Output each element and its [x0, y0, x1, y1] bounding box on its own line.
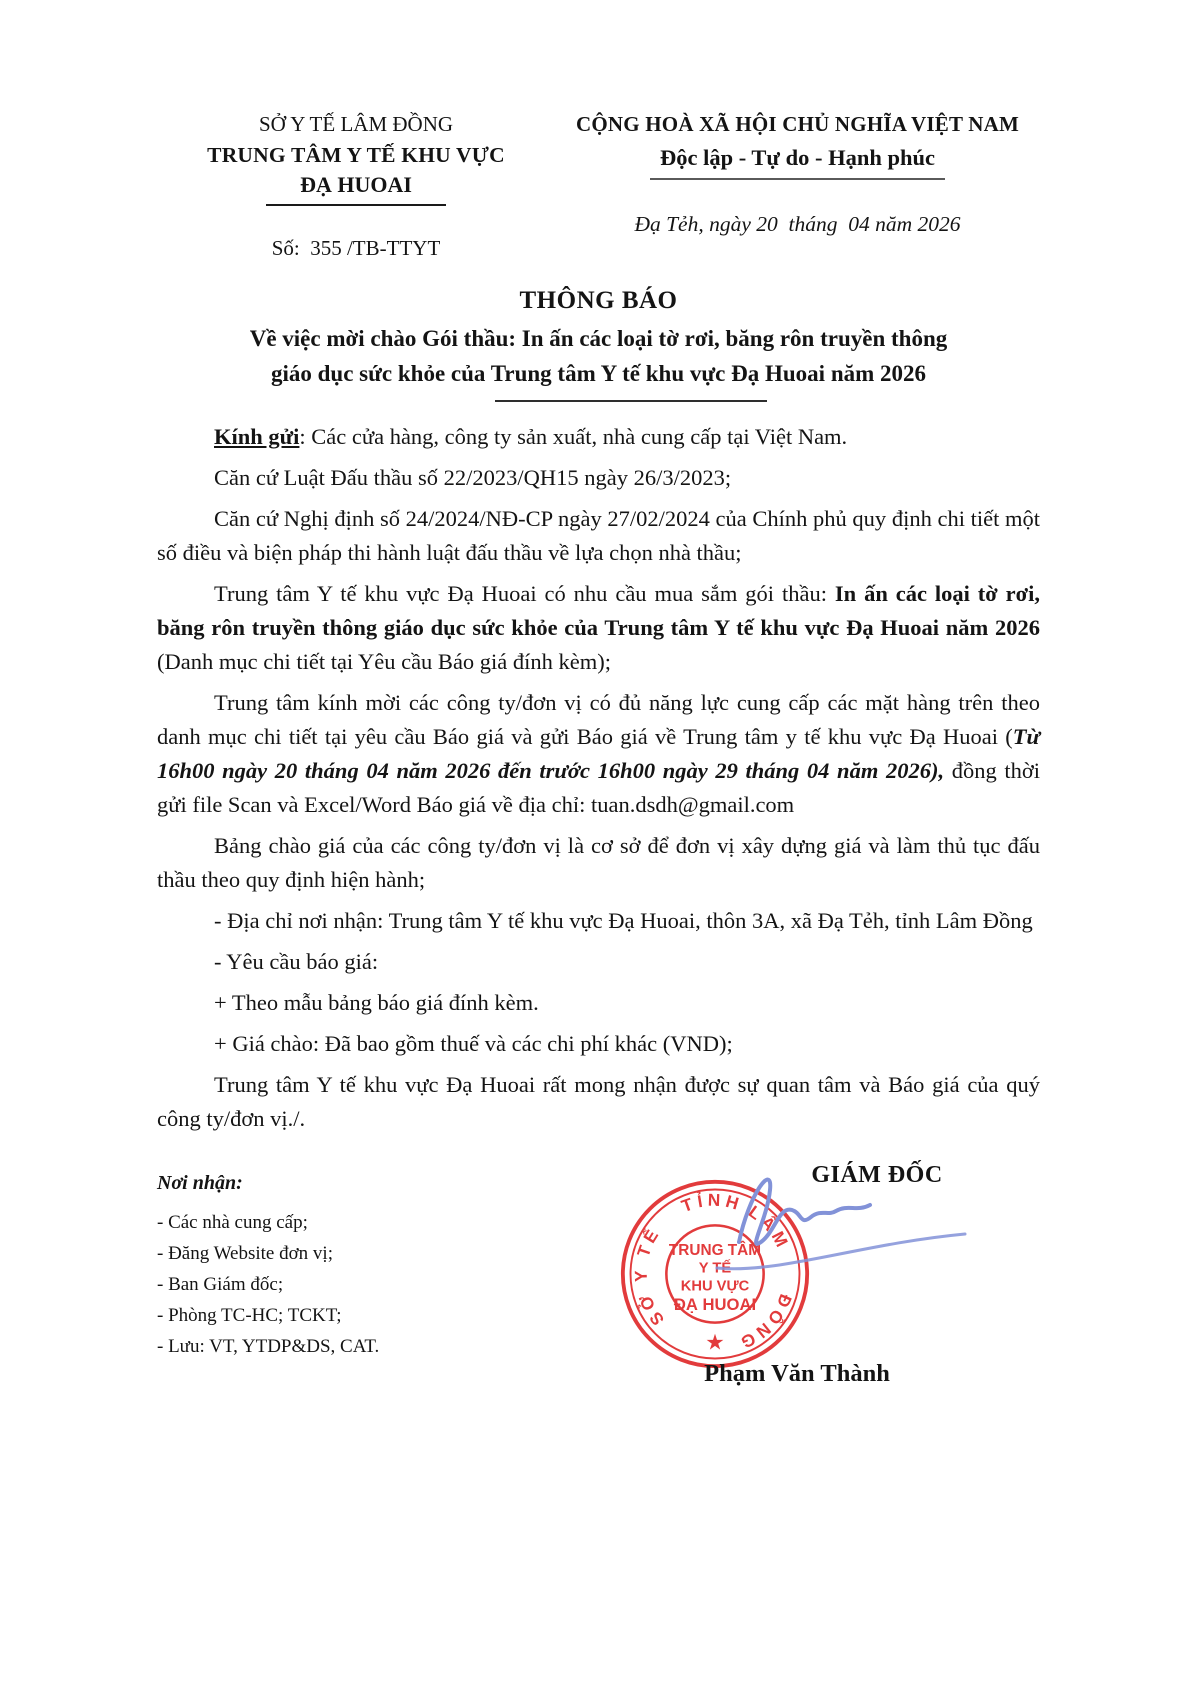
title-block: THÔNG BÁO Về việc mời chào Gói thầu: In … [157, 287, 1040, 402]
document-subject-line1: Về việc mời chào Gói thầu: In ấn các loạ… [157, 321, 1040, 356]
recipient-item: - Ban Giám đốc; [157, 1269, 379, 1300]
paragraph-invitation: Trung tâm kính mời các công ty/đơn vị có… [157, 686, 1040, 822]
signer-name: Phạm Văn Thành [587, 1360, 1007, 1388]
document-header: SỞ Y TẾ LÂM ĐỒNG TRUNG TÂM Y TẾ KHU VỰC … [157, 112, 1040, 261]
document-subject-line2: giáo dục sức khỏe của Trung tâm Y tế khu… [157, 356, 1040, 391]
agency-name-line1: TRUNG TÂM Y TẾ KHU VỰC [157, 143, 555, 168]
national-header-block: CỘNG HOÀ XÃ HỘI CHỦ NGHĨA VIỆT NAM Độc l… [555, 112, 1040, 261]
salutation-text: : Các cửa hàng, công ty sản xuất, nhà cu… [299, 424, 847, 449]
salutation-paragraph: Kính gửi: Các cửa hàng, công ty sản xuất… [157, 420, 1040, 454]
document-number: Số: 355 /TB-TTYT [157, 236, 555, 261]
paragraph-closing: Trung tâm Y tế khu vực Đạ Huoai rất mong… [157, 1068, 1040, 1136]
demand-text-normal: Trung tâm Y tế khu vực Đạ Huoai có nhu c… [214, 581, 835, 606]
paragraph-decree-basis: Căn cứ Nghị định số 24/2024/NĐ-CP ngày 2… [157, 502, 1040, 570]
seal-star-icon: ★ [705, 1330, 725, 1355]
place-date-line: Đạ Tẻh, ngày 20 tháng 04 năm 2026 [555, 212, 1040, 237]
recipients-label: Nơi nhận: [157, 1168, 379, 1199]
svg-text:SỞ Y TẾ: SỞ Y TẾ [631, 1223, 668, 1329]
issuing-agency-block: SỞ Y TẾ LÂM ĐỒNG TRUNG TÂM Y TẾ KHU VỰC … [157, 112, 555, 261]
seal-ring-text-left: SỞ Y TẾ [631, 1223, 668, 1329]
paragraph-law-basis: Căn cứ Luật Đấu thầu số 22/2023/QH15 ngà… [157, 461, 1040, 495]
paragraph-quote-price: + Giá chào: Đã bao gồm thuế và các chi p… [157, 1027, 1040, 1061]
agency-name-line2-wrap: ĐẠ HUOAI [157, 172, 555, 206]
title-underline-rule [495, 400, 767, 402]
recipient-item: - Lưu: VT, YTDP&DS, CAT. [157, 1331, 379, 1362]
recipient-item: - Đăng Website đơn vị; [157, 1238, 379, 1269]
document-footer: Nơi nhận: - Các nhà cung cấp; - Đăng Web… [157, 1162, 1040, 1552]
document-page: SỞ Y TẾ LÂM ĐỒNG TRUNG TÂM Y TẾ KHU VỰC … [0, 0, 1190, 1684]
paragraph-receiving-address: - Địa chỉ nơi nhận: Trung tâm Y tế khu v… [157, 904, 1040, 938]
invite-text-normal: Trung tâm kính mời các công ty/đơn vị có… [157, 690, 1040, 749]
paragraph-quote-requirements: - Yêu cầu báo giá: [157, 945, 1040, 979]
paragraph-price-basis: Bảng chào giá của các công ty/đơn vị là … [157, 829, 1040, 897]
paragraph-procurement-demand: Trung tâm Y tế khu vực Đạ Huoai có nhu c… [157, 577, 1040, 679]
signature-scribble [709, 1144, 979, 1294]
agency-name-line2: ĐẠ HUOAI [266, 172, 446, 206]
national-motto-wrap: Độc lập - Tự do - Hạnh phúc [555, 145, 1040, 180]
signature-underline-stroke [717, 1234, 965, 1269]
recipients-block: Nơi nhận: - Các nhà cung cấp; - Đăng Web… [157, 1168, 379, 1362]
seal-center-line4: ĐẠ HUOAI [674, 1295, 756, 1314]
document-title: THÔNG BÁO [157, 287, 1040, 315]
paragraph-quote-form: + Theo mẫu bảng báo giá đính kèm. [157, 986, 1040, 1020]
parent-agency-name: SỞ Y TẾ LÂM ĐỒNG [157, 112, 555, 137]
recipient-item: - Các nhà cung cấp; [157, 1207, 379, 1238]
salutation-label: Kính gửi [214, 424, 299, 449]
document-body: Kính gửi: Các cửa hàng, công ty sản xuất… [157, 420, 1040, 1136]
demand-text-tail: (Danh mục chi tiết tại Yêu cầu Báo giá đ… [157, 649, 611, 674]
signature-main-stroke [739, 1180, 870, 1244]
national-motto: Độc lập - Tự do - Hạnh phúc [650, 145, 945, 180]
national-title: CỘNG HOÀ XÃ HỘI CHỦ NGHĨA VIỆT NAM [555, 112, 1040, 137]
recipient-item: - Phòng TC-HC; TCKT; [157, 1300, 379, 1331]
